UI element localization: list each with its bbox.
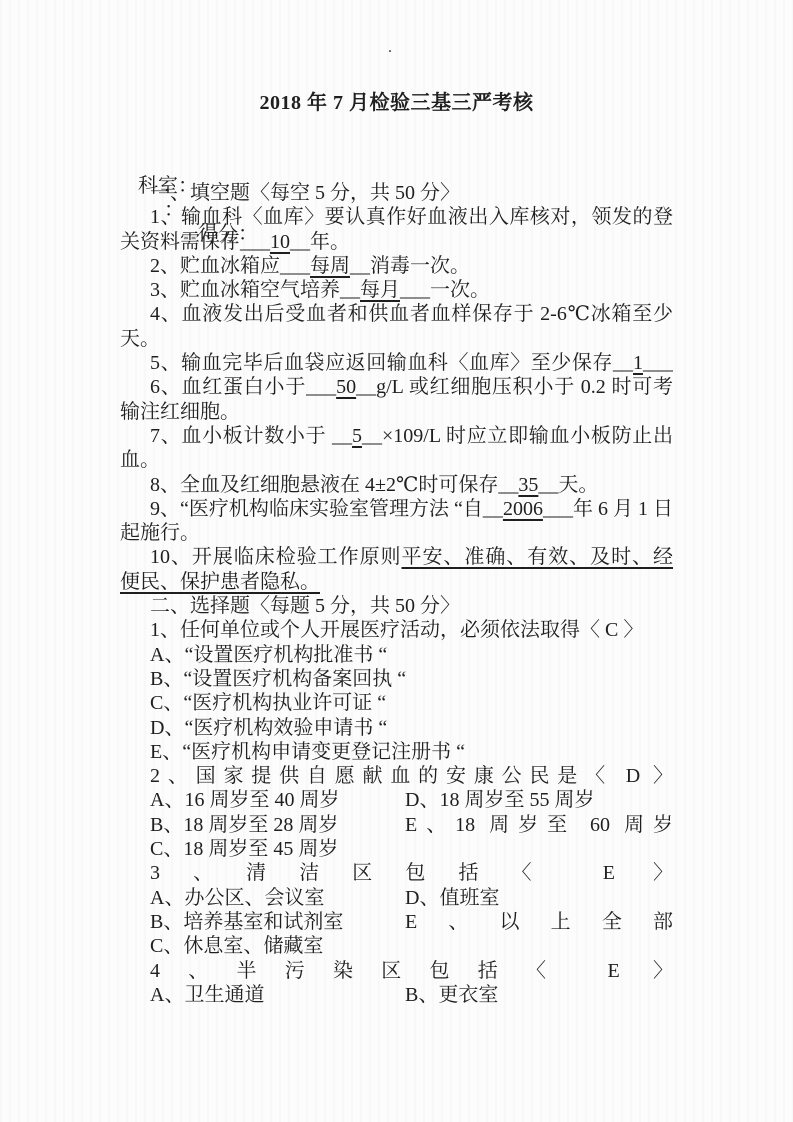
option-right: E、以上全部: [405, 910, 673, 934]
text-line: E、“医疗机构申请变更登记注册书 “: [120, 740, 673, 764]
text-segment: 6、血红蛋白小于___: [150, 376, 336, 398]
text-segment: D、18 周岁至 55 周岁: [405, 789, 594, 811]
text-segment: A、卫生通道: [150, 984, 264, 1006]
text-segment: 起施行。: [120, 522, 200, 544]
text-segment: 1、任何单位或个人开展医疗活动，必须依法取得〈 C 〉: [150, 619, 643, 641]
text-segment: 一、填空题〈每空 5 分，共 50 分〉: [150, 182, 460, 204]
option-right: [405, 837, 673, 861]
option-row: C、18 周岁至 45 周岁: [120, 837, 673, 861]
text-line: 天。: [120, 327, 673, 351]
text-segment: 2、国家提供自愿献血的安康公民是〈 D 〉: [150, 765, 673, 787]
text-line: 5、输血完毕后血袋应返回输血科〈血库〉至少保存__1___天。: [120, 351, 673, 375]
text-line: 3、清洁区包括〈 E 〉: [120, 861, 673, 885]
option-left: B、培养基室和试剂室: [150, 910, 405, 934]
answer-text: 50: [336, 376, 356, 398]
text-segment: B、18 周岁至 28 周岁: [150, 814, 338, 836]
text-segment: 7、血小板计数小于 __: [150, 425, 352, 447]
option-right: B、更衣室: [405, 983, 673, 1007]
text-segment: __年。: [290, 231, 350, 253]
text-line: 输注红细胞。: [120, 400, 673, 424]
text-segment: __消毒一次。: [350, 255, 470, 277]
option-right: E、18 周岁至 60 周岁: [405, 813, 673, 837]
text-segment: B、“设置医疗机构备案回执 “: [150, 668, 406, 690]
text-segment: E、以上全部: [405, 911, 673, 933]
option-left: C、18 周岁至 45 周岁: [150, 837, 405, 861]
text-line: 二、选择题〈每题 5 分，共 50 分〉: [120, 594, 673, 618]
text-line: 7、血小板计数小于 __5__×109/L 时应立即输血小板防止出: [120, 424, 673, 448]
text-segment: C、“医疗机构执业许可证 “: [150, 692, 386, 714]
text-line: 2、贮血冰箱应___每周__消毒一次。: [120, 254, 673, 278]
text-segment: 3、清洁区包括〈 E 〉: [150, 862, 673, 884]
option-row: C、休息室、储藏室: [120, 934, 673, 958]
text-segment: 9、“医疗机构临床实验室管理方法 “自__: [150, 498, 503, 520]
text-line: C、“医疗机构执业许可证 “: [120, 691, 673, 715]
text-line: 9、“医疗机构临床实验室管理方法 “自__2006___年 6 月 1 日: [120, 497, 673, 521]
option-row: B、培养基室和试剂室E、以上全部: [120, 910, 673, 934]
text-segment: 1、输血科〈血库〉要认真作好血液出入库核对，领发的登记有: [150, 206, 673, 229]
answer-text: 2006: [503, 498, 543, 520]
text-segment: C、休息室、储藏室: [150, 935, 323, 957]
text-segment: 2、贮血冰箱应___: [150, 255, 310, 277]
text-line: 2、国家提供自愿献血的安康公民是〈 D 〉: [120, 764, 673, 788]
text-segment: ___年 6 月 1 日: [543, 498, 673, 520]
text-segment: E、18 周岁至 60 周岁: [405, 814, 673, 836]
option-row: A、16 周岁至 40 周岁D、18 周岁至 55 周岁: [120, 788, 673, 812]
exam-page: . 2018 年 7 月检验三基三严考核 科室： ： 得分： 一、填空题〈每空 …: [0, 0, 793, 1122]
page-title: 2018 年 7 月检验三基三严考核: [0, 86, 793, 115]
text-segment: 血。: [120, 449, 160, 471]
text-segment: A、16 周岁至 40 周岁: [150, 789, 339, 811]
text-line: 一、填空题〈每空 5 分，共 50 分〉: [120, 181, 673, 205]
option-row: A、卫生通道B、更衣室: [120, 983, 673, 1007]
option-right: D、18 周岁至 55 周岁: [405, 788, 673, 812]
text-segment: __天。: [538, 474, 598, 496]
text-segment: __×109/L 时应立即输血小板防止出: [362, 425, 673, 447]
document-lines: 一、填空题〈每空 5 分，共 50 分〉1、输血科〈血库〉要认真作好血液出入库核…: [120, 181, 673, 1007]
text-segment: E、“医疗机构申请变更登记注册书 “: [150, 741, 465, 763]
option-right: D、值班室: [405, 886, 673, 910]
text-segment: D、“医疗机构效验申请书 “: [150, 717, 387, 739]
text-segment: A、“设置医疗机构批准书 “: [150, 644, 387, 666]
text-segment: ___一次。: [400, 279, 490, 301]
text-segment: B、培养基室和试剂室: [150, 911, 343, 933]
stray-mark: .: [388, 40, 392, 56]
text-line: 6、血红蛋白小于___50__g/L 或红细胞压积小于 0.2 时可考虑: [120, 375, 673, 399]
text-line: 关资料需保存___10__年。: [120, 230, 673, 254]
text-segment: D、值班室: [405, 887, 499, 909]
text-line: A、“设置医疗机构批准书 “: [120, 643, 673, 667]
answer-text: 5: [352, 425, 362, 447]
option-left: A、办公区、会议室: [150, 886, 405, 910]
text-segment: 4、半污染区包括〈 E 〉: [150, 960, 673, 982]
text-segment: 10、开展临床检验工作原则: [150, 546, 402, 568]
option-row: A、办公区、会议室D、值班室: [120, 886, 673, 910]
text-segment: 关资料需保存___: [120, 231, 270, 253]
text-segment: 3、贮血冰箱空气培养__: [150, 279, 360, 301]
text-line: 4、半污染区包括〈 E 〉: [120, 959, 673, 983]
answer-text: 10: [270, 231, 290, 253]
text-segment: 天。: [120, 328, 160, 350]
text-line: B、“设置医疗机构备案回执 “: [120, 667, 673, 691]
text-line: 起施行。: [120, 521, 673, 545]
text-segment: 4、血液发出后受血者和供血者血样保存于 2-6℃冰箱至少_: [150, 303, 673, 326]
option-left: A、卫生通道: [150, 983, 405, 1007]
answer-text: 便民、保护患者隐私。: [120, 571, 320, 593]
text-line: 4、血液发出后受血者和供血者血样保存于 2-6℃冰箱至少_7_: [120, 302, 673, 326]
text-line: 1、输血科〈血库〉要认真作好血液出入库核对，领发的登记有: [120, 205, 673, 229]
text-line: 8、全血及红细胞悬液在 4±2℃时可保存__35__天。: [120, 473, 673, 497]
text-segment: A、办公区、会议室: [150, 887, 324, 909]
text-segment: B、更衣室: [405, 984, 498, 1006]
answer-text: 每月: [360, 279, 400, 301]
text-line: 10、开展临床检验工作原则平安、准确、有效、及时、经济、: [120, 545, 673, 569]
answer-text: 35: [518, 474, 538, 496]
text-line: 1、任何单位或个人开展医疗活动，必须依法取得〈 C 〉: [120, 618, 673, 642]
text-segment: 8、全血及红细胞悬液在 4±2℃时可保存__: [150, 474, 518, 496]
option-left: A、16 周岁至 40 周岁: [150, 788, 405, 812]
text-segment: C、18 周岁至 45 周岁: [150, 838, 338, 860]
text-line: D、“医疗机构效验申请书 “: [120, 716, 673, 740]
option-right: [405, 934, 673, 958]
option-left: B、18 周岁至 28 周岁: [150, 813, 405, 837]
option-left: C、休息室、储藏室: [150, 934, 405, 958]
answer-text: 每周: [310, 255, 350, 277]
text-segment: 输注红细胞。: [120, 401, 240, 423]
text-segment: 二、选择题〈每题 5 分，共 50 分〉: [150, 595, 460, 617]
answer-text: 1: [633, 352, 643, 374]
option-row: B、18 周岁至 28 周岁E、18 周岁至 60 周岁: [120, 813, 673, 837]
text-segment: 5、输血完毕后血袋应返回输血科〈血库〉至少保存__: [150, 352, 633, 374]
text-line: 3、贮血冰箱空气培养__每月___一次。: [120, 278, 673, 302]
text-line: 便民、保护患者隐私。: [120, 570, 673, 594]
text-line: 血。: [120, 448, 673, 472]
